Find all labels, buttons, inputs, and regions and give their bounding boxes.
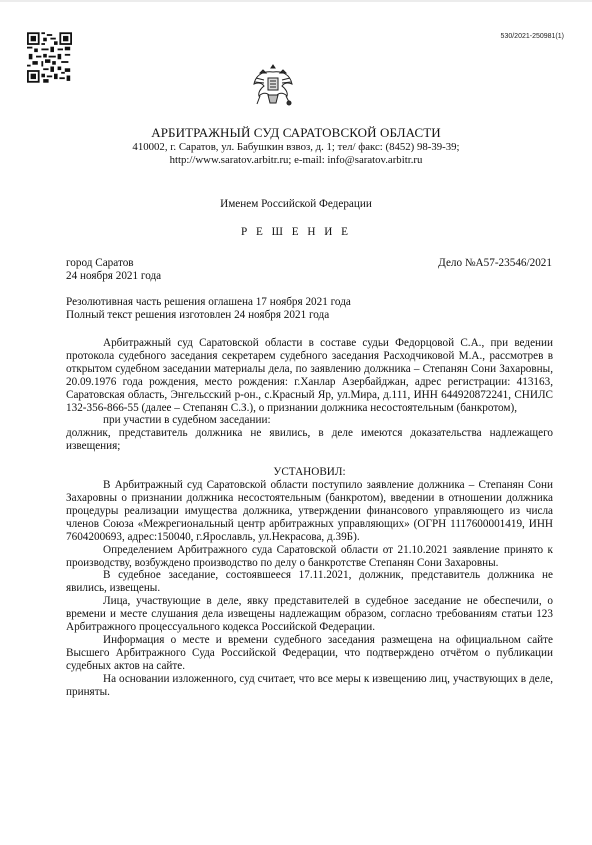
established-heading: УСТАНОВИЛ: xyxy=(66,466,553,479)
decision-date: 24 ноября 2021 года xyxy=(66,270,161,283)
page-top-edge xyxy=(0,0,592,2)
decision-body: Арбитражный суд Саратовской области в со… xyxy=(66,337,553,698)
body-paragraph: Определением Арбитражного суда Саратовск… xyxy=(66,544,553,570)
absence-paragraph: должник, представитель должника не явили… xyxy=(66,427,553,453)
court-name: АРБИТРАЖНЫЙ СУД САРАТОВСКОЙ ОБЛАСТИ xyxy=(0,125,592,141)
case-number: Дело №А57-23546/2021 xyxy=(438,257,552,269)
body-paragraph: На основании изложенного, суд считает, ч… xyxy=(66,673,553,699)
court-address: 410002, г. Саратов, ул. Бабушкин взвоз, … xyxy=(0,141,592,167)
operative-part-date: Резолютивная часть решения оглашена 17 н… xyxy=(66,296,351,309)
body-paragraph: Информация о месте и времени судебного з… xyxy=(66,634,553,673)
intro-paragraph: Арбитражный суд Саратовской области в со… xyxy=(66,337,553,414)
court-address-line: 410002, г. Саратов, ул. Бабушкин взвоз, … xyxy=(0,141,592,154)
decision-title: Р Е Ш Е Н И Е xyxy=(0,226,592,238)
body-paragraph: В судебное заседание, состоявшееся 17.11… xyxy=(66,569,553,595)
in-the-name-heading: Именем Российской Федерации xyxy=(0,198,592,210)
body-paragraph: В Арбитражный суд Саратовской области по… xyxy=(66,479,553,544)
russian-coat-of-arms-icon xyxy=(250,62,296,108)
announcement-block: Резолютивная часть решения оглашена 17 н… xyxy=(66,296,351,322)
participation-line: при участии в судебном заседании: xyxy=(66,414,553,427)
body-paragraph: Лица, участвующие в деле, явку представи… xyxy=(66,595,553,634)
qr-code-icon xyxy=(27,32,72,83)
city: город Саратов xyxy=(66,257,161,270)
city-date-block: город Саратов 24 ноября 2021 года xyxy=(66,257,161,283)
court-contacts-line: http://www.saratov.arbitr.ru; e-mail: in… xyxy=(0,154,592,167)
full-text-date: Полный текст решения изготовлен 24 ноябр… xyxy=(66,309,351,322)
document-number: 530/2021-250981(1) xyxy=(501,33,564,40)
